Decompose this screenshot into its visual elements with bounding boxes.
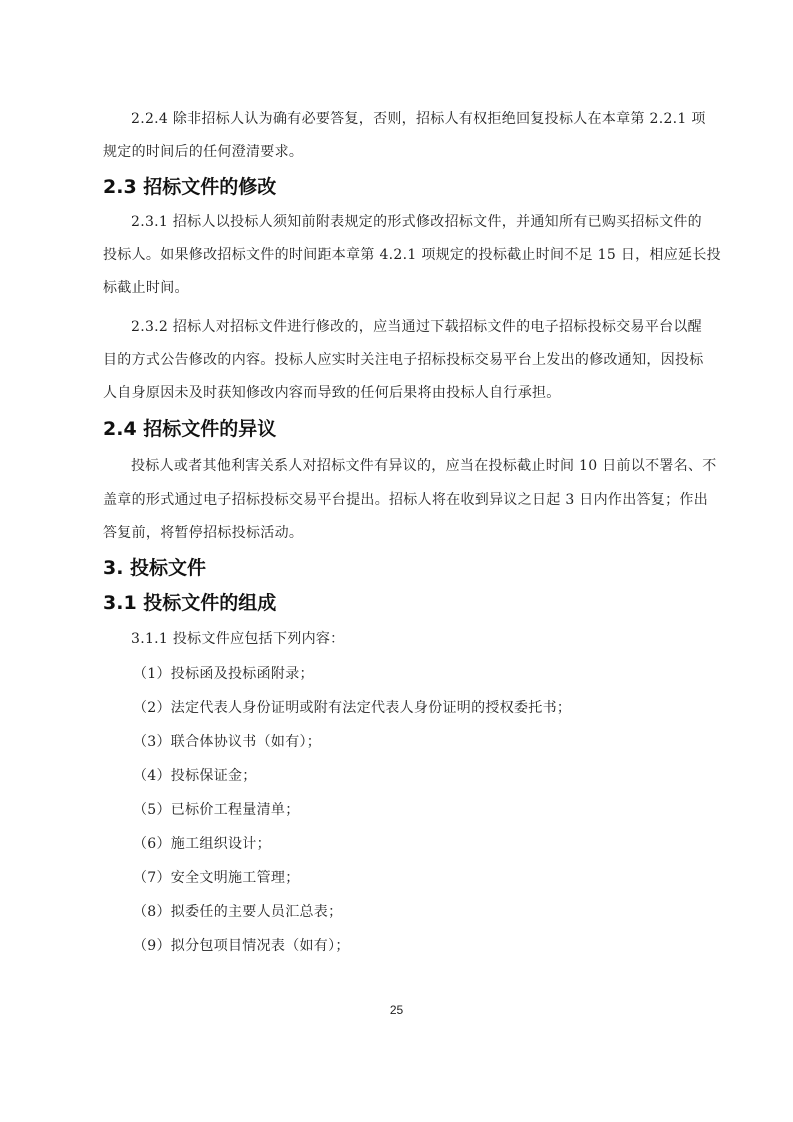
paragraph-2-4-line-3: 答复前，将暂停招标投标活动。 <box>103 524 303 542</box>
list-item: （7）安全文明施工管理； <box>133 869 300 887</box>
heading-3: 3. 投标文件 <box>103 557 206 579</box>
list-item: （3）联合体协议书（如有）； <box>133 733 321 751</box>
list-item: （8）拟委任的主要人员汇总表； <box>133 903 342 921</box>
list-item: （6）施工组织设计； <box>133 835 271 853</box>
paragraph-2-3-1-line-1: 2.3.1 招标人以投标人须知前附表规定的形式修改招标文件，并通知所有已购买招标… <box>131 213 702 231</box>
list-item: （5）已标价工程量清单； <box>133 801 300 819</box>
list-item: （2）法定代表人身份证明或附有法定代表人身份证明的授权委托书； <box>133 699 571 717</box>
list-item: （9）拟分包项目情况表（如有）； <box>133 937 350 955</box>
page-number: 25 <box>0 1003 793 1017</box>
paragraph-2-2-4-line-2: 规定的时间后的任何澄清要求。 <box>103 143 303 161</box>
paragraph-2-3-1-line-3: 标截止时间。 <box>103 279 189 297</box>
paragraph-2-4-line-2: 盖章的形式通过电子招标投标交易平台提出。招标人将在收到异议之日起 3 日内作出答… <box>103 491 708 509</box>
paragraph-2-3-2-line-3: 人自身原因未及时获知修改内容而导致的任何后果将由投标人自行承担。 <box>103 384 561 402</box>
heading-2-4: 2.4 招标文件的异议 <box>103 418 276 440</box>
paragraph-2-3-1-line-2: 投标人。如果修改招标文件的时间距本章第 4.2.1 项规定的投标截止时间不足 1… <box>103 246 721 264</box>
heading-2-3: 2.3 招标文件的修改 <box>103 176 276 198</box>
paragraph-2-4-line-1: 投标人或者其他利害关系人对招标文件有异议的，应当在投标截止时间 10 日前以不署… <box>131 457 717 475</box>
paragraph-3-1-1-intro: 3.1.1 投标文件应包括下列内容： <box>131 630 344 648</box>
paragraph-2-3-2-line-1: 2.3.2 招标人对招标文件进行修改的，应当通过下载招标文件的电子招标投标交易平… <box>131 318 702 336</box>
paragraph-2-2-4-line-1: 2.2.4 除非招标人认为确有必要答复，否则，招标人有权拒绝回复投标人在本章第 … <box>131 110 706 128</box>
heading-3-1: 3.1 投标文件的组成 <box>103 592 276 614</box>
paragraph-2-3-2-line-2: 目的方式公告修改的内容。投标人应实时关注电子招标投标交易平台上发出的修改通知，因… <box>103 351 704 369</box>
list-item: （1）投标函及投标函附录； <box>133 665 314 683</box>
list-item: （4）投标保证金； <box>133 767 257 785</box>
